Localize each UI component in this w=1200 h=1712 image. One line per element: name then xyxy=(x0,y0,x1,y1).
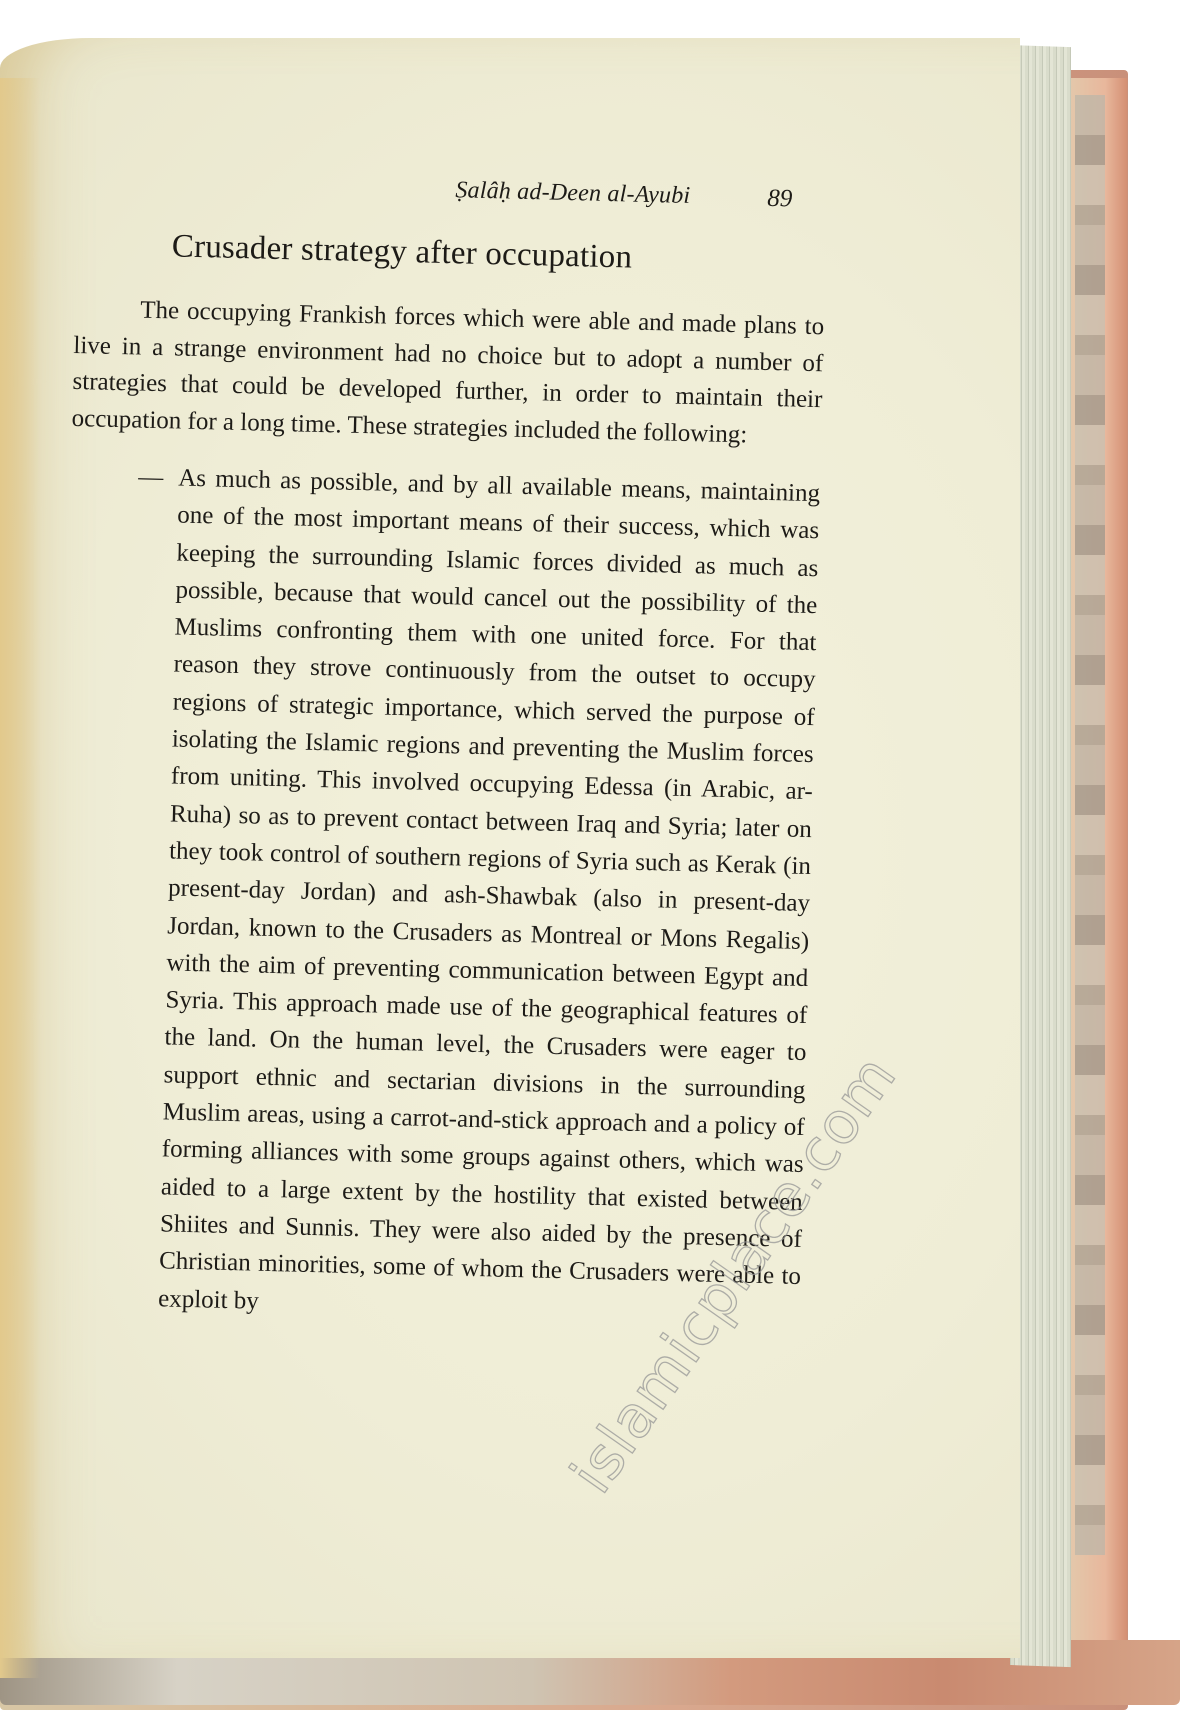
strategy-list: — As much as possible, and by all availa… xyxy=(50,457,821,1333)
endpaper-pattern xyxy=(1075,95,1105,1555)
book-photo: Ṣalâḥ ad-Deen al-Ayubi 89 Crusader strat… xyxy=(0,0,1200,1712)
gutter-shadow xyxy=(0,78,40,1678)
intro-paragraph: The occupying Frankish forces which were… xyxy=(71,291,824,455)
list-item-text: As much as possible, and by all availabl… xyxy=(158,465,821,1315)
page-content: Ṣalâḥ ad-Deen al-Ayubi 89 Crusader strat… xyxy=(50,160,828,1333)
running-header-title: Ṣalâḥ ad-Deen al-Ayubi xyxy=(455,177,691,210)
section-heading: Crusader strategy after occupation xyxy=(171,228,826,281)
page-number: 89 xyxy=(767,185,793,214)
em-dash-bullet: — xyxy=(138,459,164,497)
list-item: — As much as possible, and by all availa… xyxy=(50,457,821,1333)
